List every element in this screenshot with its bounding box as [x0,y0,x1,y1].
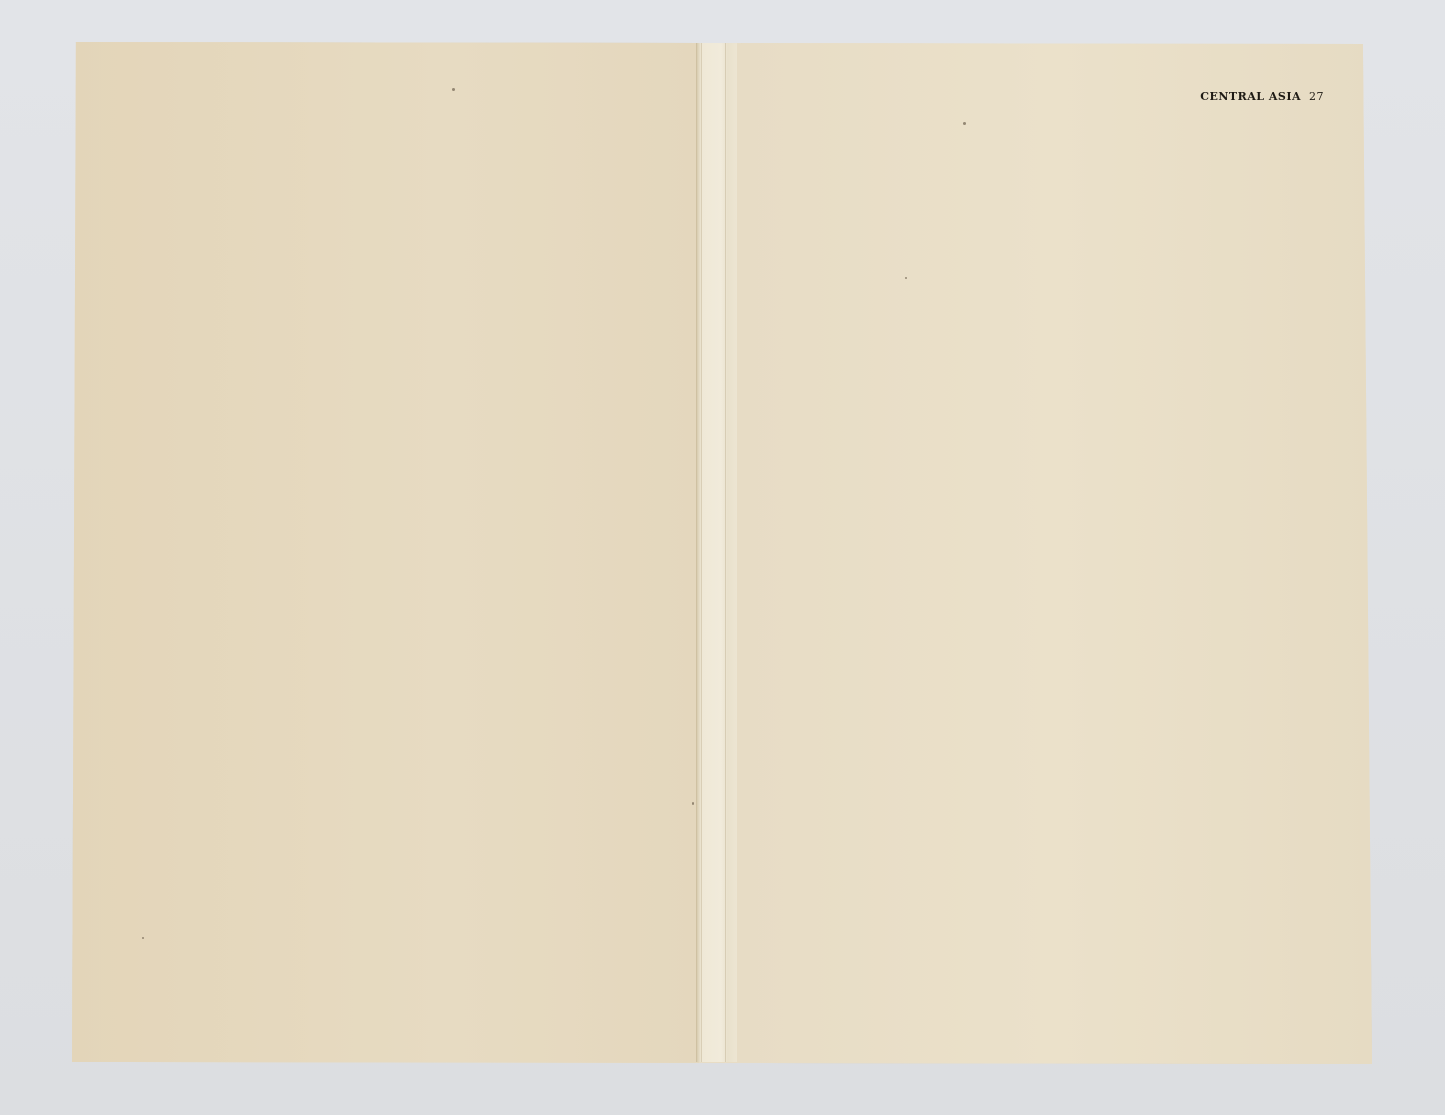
right-page: CENTRAL ASIA27 [737,42,1372,1064]
header-title: CENTRAL ASIA [1200,90,1301,103]
paper-sheet: CENTRAL ASIA27 [72,42,1372,1064]
page-header: CENTRAL ASIA27 [1200,90,1324,103]
spine-hinge-strip [696,40,742,1062]
spine-fold-line [701,40,702,1062]
paper-speck [905,277,907,279]
paper-speck [963,122,966,125]
paper-speck [452,88,455,91]
left-page [72,42,699,1064]
spine-fold-line [725,40,726,1062]
paper-speck [142,937,144,939]
paper-speck [692,802,694,805]
page-number: 27 [1309,90,1324,103]
